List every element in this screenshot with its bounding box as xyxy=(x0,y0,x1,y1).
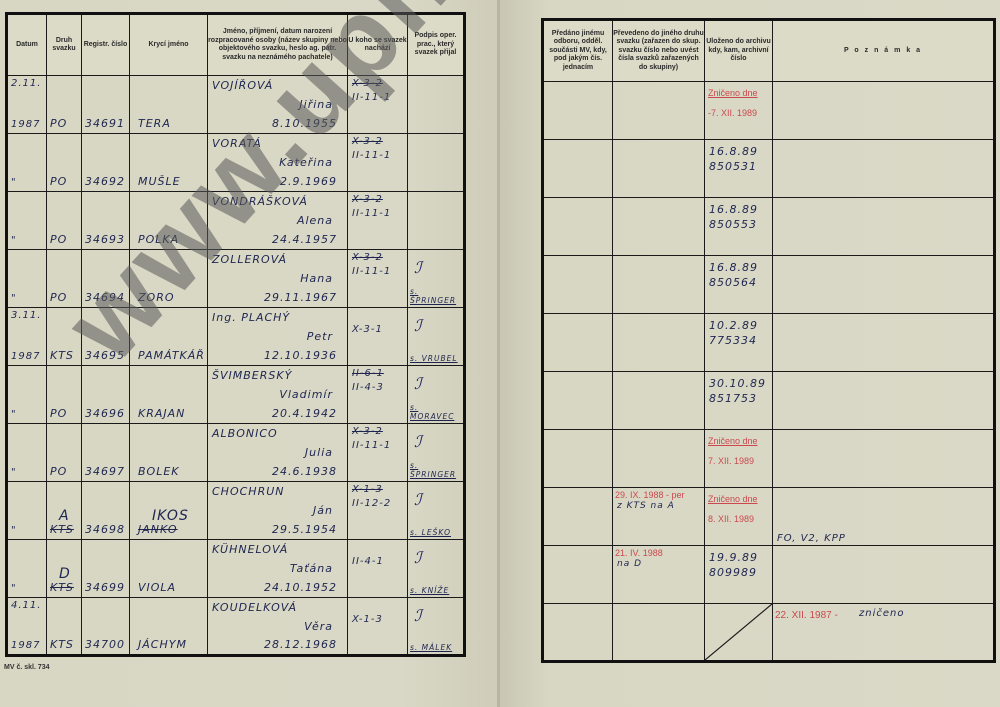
signature-cell: ℐs. ŠPRINGER xyxy=(408,424,465,482)
signature-name: s. ŠPRINGER xyxy=(410,287,463,305)
cover-cell: JÁCHYM xyxy=(130,598,208,656)
type-value: PO xyxy=(50,233,67,246)
date-year: " xyxy=(11,525,17,536)
archive-number: 850564 xyxy=(709,276,757,289)
location-value: II-4-1 xyxy=(352,556,384,567)
cover-correction: IKOS xyxy=(152,508,189,524)
table-row: 29. IX. 1988 - perz KTS na AZničeno dne8… xyxy=(543,488,995,546)
reg-cell: 34692 xyxy=(82,134,130,192)
header-person: Jméno, příjmení, datum narození rozpraco… xyxy=(208,14,348,76)
archive-cell: 16.8.89850553 xyxy=(705,198,773,256)
person-cell: CHOCHRUNJán29.5.1954 xyxy=(208,482,348,540)
date-year: " xyxy=(11,177,17,188)
archive-cell: 16.8.89850564 xyxy=(705,256,773,314)
reg-cell: 34695 xyxy=(82,308,130,366)
type-cell: PO xyxy=(47,424,82,482)
cover-cell: ZORO xyxy=(130,250,208,308)
person-birthdate: 29.5.1954 xyxy=(272,523,337,536)
type-value: KTS xyxy=(50,581,74,594)
archive-cell: 16.8.89850531 xyxy=(705,140,773,198)
location-cell: II-4-1 xyxy=(348,540,408,598)
type-correction: A xyxy=(59,508,70,524)
person-firstname: Věra xyxy=(304,620,333,633)
note-cell: 22. XII. 1987 -zničeno xyxy=(773,604,995,662)
person-birthdate: 20.4.1942 xyxy=(272,407,337,420)
table-row: 3.11.1987KTS34695PAMÁTKÁŘIng. PLACHÝPetr… xyxy=(7,308,465,366)
person-cell: VOJÍŘOVÁJiřina8.10.1955 xyxy=(208,76,348,134)
person-cell: ŠVIMBERSKÝVladimír20.4.1942 xyxy=(208,366,348,424)
note-cell xyxy=(773,256,995,314)
date-year: " xyxy=(11,293,17,304)
table-row: "PO34696KRAJANŠVIMBERSKÝVladimír20.4.194… xyxy=(7,366,465,424)
location-value: II-11-1 xyxy=(352,440,391,451)
handed-cell xyxy=(543,256,613,314)
reg-number: 34695 xyxy=(85,349,125,362)
archive-date: 16.8.89 xyxy=(709,145,758,158)
header-converted: Převedeno do jiného druhu svazku (zařaze… xyxy=(613,20,705,82)
date-year: " xyxy=(11,409,17,420)
location-cell: X-3-2II-11-1 xyxy=(348,424,408,482)
header-reg-number: Registr. číslo xyxy=(82,14,130,76)
header-type: Druh svazku xyxy=(47,14,82,76)
converted-note: z KTS na A xyxy=(617,501,675,511)
person-surname: VONDRÁŠKOVÁ xyxy=(212,195,308,208)
table-row: "PO34694ZOROZOLLEROVÁHana29.11.1967X-3-2… xyxy=(7,250,465,308)
location-cell: X-1-3 xyxy=(348,598,408,656)
date-cell: " xyxy=(7,366,47,424)
converted-cell xyxy=(613,372,705,430)
type-value: PO xyxy=(50,465,67,478)
reg-number: 34698 xyxy=(85,523,125,536)
converted-cell xyxy=(613,140,705,198)
destroyed-stamp-date: -7. XII. 1989 xyxy=(708,108,757,118)
signature-cell: ℐs. MÁLEK xyxy=(408,598,465,656)
cover-name: JANKO xyxy=(138,523,178,536)
header-row: Datum Druh svazku Registr. číslo Krycí j… xyxy=(7,14,465,76)
reg-number: 34699 xyxy=(85,581,125,594)
signature-scribble: ℐ xyxy=(414,374,423,393)
signature-scribble: ℐ xyxy=(414,548,423,567)
reg-cell: 34698 xyxy=(82,482,130,540)
type-cell: KTS xyxy=(47,308,82,366)
archive-date: 19.9.89 xyxy=(709,551,758,564)
cover-cell: VIOLA xyxy=(130,540,208,598)
cover-cell: PAMÁTKÁŘ xyxy=(130,308,208,366)
converted-cell: 29. IX. 1988 - perz KTS na A xyxy=(613,488,705,546)
signature-cell: ℐs. VRUBEL xyxy=(408,308,465,366)
person-birthdate: 29.11.1967 xyxy=(264,291,337,304)
reg-number: 34693 xyxy=(85,233,125,246)
date-cell: " xyxy=(7,134,47,192)
date-cell: " xyxy=(7,482,47,540)
register-table-right: Předáno jinému odboru, odděl. součásti M… xyxy=(541,18,996,663)
type-value: PO xyxy=(50,117,67,130)
note-cell xyxy=(773,82,995,140)
person-birthdate: 24.10.1952 xyxy=(264,581,337,594)
signature-cell: ℐs. MORAVEC xyxy=(408,366,465,424)
location-value: II-11-1 xyxy=(352,92,391,103)
location-struck: X-3-2 xyxy=(352,252,383,263)
archive-date: 30.10.89 xyxy=(709,377,766,390)
archive-cell: Zničeno dne8. XII. 1989 xyxy=(705,488,773,546)
archive-number: 775334 xyxy=(709,334,757,347)
handed-cell xyxy=(543,198,613,256)
type-correction: D xyxy=(59,566,71,582)
archive-number: 850553 xyxy=(709,218,757,231)
date-year: 1987 xyxy=(11,640,40,651)
cover-name: POLKA xyxy=(138,233,179,246)
person-firstname: Julia xyxy=(305,446,333,459)
signature-name: s. MÁLEK xyxy=(410,643,452,652)
location-struck: X-1-3 xyxy=(352,484,383,495)
type-cell: PO xyxy=(47,134,82,192)
destroyed-stamp-label: Zničeno dne xyxy=(708,494,758,504)
reg-number: 34694 xyxy=(85,291,125,304)
archive-cell: Zničeno dne7. XII. 1989 xyxy=(705,430,773,488)
handed-cell xyxy=(543,140,613,198)
person-firstname: Vladimír xyxy=(279,388,333,401)
person-cell: VORATÁKateřina2.9.1969 xyxy=(208,134,348,192)
cover-cell: MUŠLE xyxy=(130,134,208,192)
cover-name: BOLEK xyxy=(138,465,180,478)
date-cell: 4.11.1987 xyxy=(7,598,47,656)
person-birthdate: 24.4.1957 xyxy=(272,233,337,246)
table-row: "AKTS34698IKOSJANKOCHOCHRUNJán29.5.1954X… xyxy=(7,482,465,540)
person-birthdate: 8.10.1955 xyxy=(272,117,337,130)
person-surname: KOUDELKOVÁ xyxy=(212,601,297,614)
type-cell: AKTS xyxy=(47,482,82,540)
person-surname: ŠVIMBERSKÝ xyxy=(212,369,292,382)
header-handed-over: Předáno jinému odboru, odděl. součásti M… xyxy=(543,20,613,82)
location-struck: II-6-1 xyxy=(352,368,384,379)
signature-cell xyxy=(408,76,465,134)
reg-cell: 34693 xyxy=(82,192,130,250)
reg-cell: 34700 xyxy=(82,598,130,656)
table-row: "PO34697BOLEKALBONICOJulia24.6.1938X-3-2… xyxy=(7,424,465,482)
signature-cell: ℐs. LEŠKO xyxy=(408,482,465,540)
cover-name: TERA xyxy=(138,117,171,130)
location-struck: X-3-2 xyxy=(352,78,383,89)
date-year: " xyxy=(11,583,17,594)
archive-date: 16.8.89 xyxy=(709,261,758,274)
cover-name: JÁCHYM xyxy=(138,638,187,651)
person-surname: ZOLLEROVÁ xyxy=(212,253,287,266)
table-row: 22. XII. 1987 -zničeno xyxy=(543,604,995,662)
cover-name: MUŠLE xyxy=(138,175,181,188)
type-cell: PO xyxy=(47,192,82,250)
destroyed-stamp-date: 7. XII. 1989 xyxy=(708,456,754,466)
table-row: "DKTS34699VIOLAKÜHNELOVÁTaťána24.10.1952… xyxy=(7,540,465,598)
location-value: II-11-1 xyxy=(352,150,391,161)
person-cell: KÜHNELOVÁTaťána24.10.1952 xyxy=(208,540,348,598)
location-cell: X-3-2II-11-1 xyxy=(348,250,408,308)
type-cell: PO xyxy=(47,366,82,424)
date-cell: 2.11.1987 xyxy=(7,76,47,134)
date-year: " xyxy=(11,467,17,478)
signature-name: s. KNÍŽE xyxy=(410,586,449,595)
reg-cell: 34697 xyxy=(82,424,130,482)
converted-note: na D xyxy=(617,559,642,569)
location-cell: X-1-3II-12-2 xyxy=(348,482,408,540)
destroyed-stamp-date: 8. XII. 1989 xyxy=(708,514,754,524)
destroyed-stamp-label: Zničeno dne xyxy=(708,436,758,446)
cover-name: PAMÁTKÁŘ xyxy=(138,349,205,362)
converted-stamp: 29. IX. 1988 - per xyxy=(615,490,685,500)
location-struck: X-3-2 xyxy=(352,194,383,205)
archive-number: 809989 xyxy=(709,566,757,579)
date-cell: " xyxy=(7,192,47,250)
archive-cell: Zničeno dne-7. XII. 1989 xyxy=(705,82,773,140)
reg-cell: 34699 xyxy=(82,540,130,598)
location-cell: X-3-2II-11-1 xyxy=(348,76,408,134)
signature-name: s. MORAVEC xyxy=(410,403,463,421)
table-row: 4.11.1987KTS34700JÁCHYMKOUDELKOVÁVěra28.… xyxy=(7,598,465,656)
date-day: 3.11. xyxy=(11,310,41,321)
signature-scribble: ℐ xyxy=(414,316,423,335)
cover-cell: KRAJAN xyxy=(130,366,208,424)
archive-date: 10.2.89 xyxy=(709,319,758,332)
header-archived: Uloženo do archivu kdy, kam, archivní čí… xyxy=(705,20,773,82)
person-firstname: Taťána xyxy=(290,562,333,575)
location-value: II-11-1 xyxy=(352,266,391,277)
date-day: 4.11. xyxy=(11,600,41,611)
register-table-left: Datum Druh svazku Registr. číslo Krycí j… xyxy=(5,12,466,657)
archive-cell: 30.10.89851753 xyxy=(705,372,773,430)
location-struck: X-3-2 xyxy=(352,136,383,147)
book-spine xyxy=(497,0,500,707)
location-value: X-3-1 xyxy=(352,324,383,335)
signature-name: s. ŠPRINGER xyxy=(410,461,463,479)
cover-cell: BOLEK xyxy=(130,424,208,482)
note-cell xyxy=(773,198,995,256)
reg-number: 34697 xyxy=(85,465,125,478)
person-surname: ALBONICO xyxy=(212,427,278,440)
person-firstname: Alena xyxy=(297,214,333,227)
table-row: 30.10.89851753 xyxy=(543,372,995,430)
person-firstname: Jiřina xyxy=(299,98,333,111)
archive-number: 851753 xyxy=(709,392,757,405)
handed-cell xyxy=(543,372,613,430)
reg-cell: 34696 xyxy=(82,366,130,424)
type-value: KTS xyxy=(50,638,74,651)
person-cell: ZOLLEROVÁHana29.11.1967 xyxy=(208,250,348,308)
signature-name: s. VRUBEL xyxy=(410,354,458,363)
note-stamp: 22. XII. 1987 - xyxy=(775,610,838,621)
table-row: 21. IV. 1988na D19.9.89809989 xyxy=(543,546,995,604)
signature-cell xyxy=(408,134,465,192)
date-year: 1987 xyxy=(11,119,40,130)
location-cell: X-3-1 xyxy=(348,308,408,366)
header-cover-name: Krycí jméno xyxy=(130,14,208,76)
cover-name: KRAJAN xyxy=(138,407,185,420)
location-cell: X-3-2II-11-1 xyxy=(348,134,408,192)
handed-cell xyxy=(543,488,613,546)
reg-number: 34700 xyxy=(85,638,125,651)
person-firstname: Kateřina xyxy=(279,156,333,169)
archive-cell: 10.2.89775334 xyxy=(705,314,773,372)
note-cell xyxy=(773,140,995,198)
person-birthdate: 24.6.1938 xyxy=(272,465,337,478)
converted-cell xyxy=(613,604,705,662)
type-cell: DKTS xyxy=(47,540,82,598)
type-value: KTS xyxy=(50,523,74,536)
person-birthdate: 12.10.1936 xyxy=(264,349,337,362)
note-cell xyxy=(773,314,995,372)
type-cell: PO xyxy=(47,250,82,308)
person-firstname: Hana xyxy=(300,272,333,285)
note-cell xyxy=(773,546,995,604)
type-value: PO xyxy=(50,291,67,304)
person-cell: VONDRÁŠKOVÁAlena24.4.1957 xyxy=(208,192,348,250)
cover-name: VIOLA xyxy=(138,581,176,594)
location-cell: X-3-2II-11-1 xyxy=(348,192,408,250)
type-cell: KTS xyxy=(47,598,82,656)
location-value: II-11-1 xyxy=(352,208,391,219)
header-date: Datum xyxy=(7,14,47,76)
signature-name: s. LEŠKO xyxy=(410,528,451,537)
reg-cell: 34694 xyxy=(82,250,130,308)
person-surname: VOJÍŘOVÁ xyxy=(212,79,273,92)
signature-scribble: ℐ xyxy=(414,258,423,277)
date-cell: " xyxy=(7,540,47,598)
destroyed-stamp-label: Zničeno dne xyxy=(708,88,758,98)
person-birthdate: 28.12.1968 xyxy=(264,638,337,651)
reg-number: 34691 xyxy=(85,117,125,130)
converted-cell xyxy=(613,430,705,488)
person-birthdate: 2.9.1969 xyxy=(280,175,337,188)
location-value: II-4-3 xyxy=(352,382,384,393)
signature-scribble: ℐ xyxy=(414,490,423,509)
signature-cell xyxy=(408,192,465,250)
note-cell xyxy=(773,372,995,430)
note-cell xyxy=(773,430,995,488)
note-text: zničeno xyxy=(859,608,904,619)
note-text: FO, V2, KPP xyxy=(777,533,846,544)
form-number: MV č. skl. 734 xyxy=(4,664,50,671)
type-cell: PO xyxy=(47,76,82,134)
cover-cell: POLKA xyxy=(130,192,208,250)
cover-name: ZORO xyxy=(138,291,175,304)
handed-cell xyxy=(543,82,613,140)
reg-cell: 34691 xyxy=(82,76,130,134)
handed-cell xyxy=(543,604,613,662)
archive-date: 16.8.89 xyxy=(709,203,758,216)
person-cell: KOUDELKOVÁVěra28.12.1968 xyxy=(208,598,348,656)
location-value: X-1-3 xyxy=(352,614,383,625)
table-row: Zničeno dne7. XII. 1989 xyxy=(543,430,995,488)
reg-number: 34696 xyxy=(85,407,125,420)
archive-cell: 19.9.89809989 xyxy=(705,546,773,604)
archive-cell xyxy=(705,604,773,662)
header-location: U koho se svazek nachází xyxy=(348,14,408,76)
table-row: 16.8.89850564 xyxy=(543,256,995,314)
type-value: PO xyxy=(50,407,67,420)
table-row: 2.11.1987PO34691TERAVOJÍŘOVÁJiřina8.10.1… xyxy=(7,76,465,134)
cover-cell: TERA xyxy=(130,76,208,134)
note-cell: FO, V2, KPP xyxy=(773,488,995,546)
person-firstname: Petr xyxy=(307,330,333,343)
person-cell: Ing. PLACHÝPetr12.10.1936 xyxy=(208,308,348,366)
header-signature: Podpis oper. prac., který svazek přijal xyxy=(408,14,465,76)
reg-number: 34692 xyxy=(85,175,125,188)
location-value: II-12-2 xyxy=(352,498,391,509)
diagonal-strike-icon xyxy=(705,604,772,660)
table-row: 16.8.89850553 xyxy=(543,198,995,256)
archive-number: 850531 xyxy=(709,160,757,173)
handed-cell xyxy=(543,314,613,372)
date-cell: " xyxy=(7,250,47,308)
person-surname: Ing. PLACHÝ xyxy=(212,311,290,324)
cover-cell: IKOSJANKO xyxy=(130,482,208,540)
signature-cell: ℐs. KNÍŽE xyxy=(408,540,465,598)
person-firstname: Ján xyxy=(313,504,333,517)
type-value: PO xyxy=(50,175,67,188)
table-row: "PO34693POLKAVONDRÁŠKOVÁAlena24.4.1957X-… xyxy=(7,192,465,250)
table-row: 16.8.89850531 xyxy=(543,140,995,198)
date-cell: 3.11.1987 xyxy=(7,308,47,366)
handed-cell xyxy=(543,430,613,488)
date-cell: " xyxy=(7,424,47,482)
location-cell: II-6-1II-4-3 xyxy=(348,366,408,424)
person-cell: ALBONICOJulia24.6.1938 xyxy=(208,424,348,482)
table-row: 10.2.89775334 xyxy=(543,314,995,372)
signature-scribble: ℐ xyxy=(414,606,423,625)
signature-cell: ℐs. ŠPRINGER xyxy=(408,250,465,308)
converted-cell: 21. IV. 1988na D xyxy=(613,546,705,604)
signature-scribble: ℐ xyxy=(414,432,423,451)
converted-cell xyxy=(613,314,705,372)
date-year: " xyxy=(11,235,17,246)
date-day: 2.11. xyxy=(11,78,41,89)
converted-cell xyxy=(613,256,705,314)
person-surname: VORATÁ xyxy=(212,137,262,150)
type-value: KTS xyxy=(50,349,74,362)
header-row: Předáno jinému odboru, odděl. součásti M… xyxy=(543,20,995,82)
table-row: Zničeno dne-7. XII. 1989 xyxy=(543,82,995,140)
header-note: P o z n á m k a xyxy=(773,20,995,82)
converted-cell xyxy=(613,82,705,140)
handed-cell xyxy=(543,546,613,604)
date-year: 1987 xyxy=(11,351,40,362)
location-struck: X-3-2 xyxy=(352,426,383,437)
table-row: "PO34692MUŠLEVORATÁKateřina2.9.1969X-3-2… xyxy=(7,134,465,192)
person-surname: CHOCHRUN xyxy=(212,485,285,498)
converted-stamp: 21. IV. 1988 xyxy=(615,548,663,558)
person-surname: KÜHNELOVÁ xyxy=(212,543,288,556)
converted-cell xyxy=(613,198,705,256)
